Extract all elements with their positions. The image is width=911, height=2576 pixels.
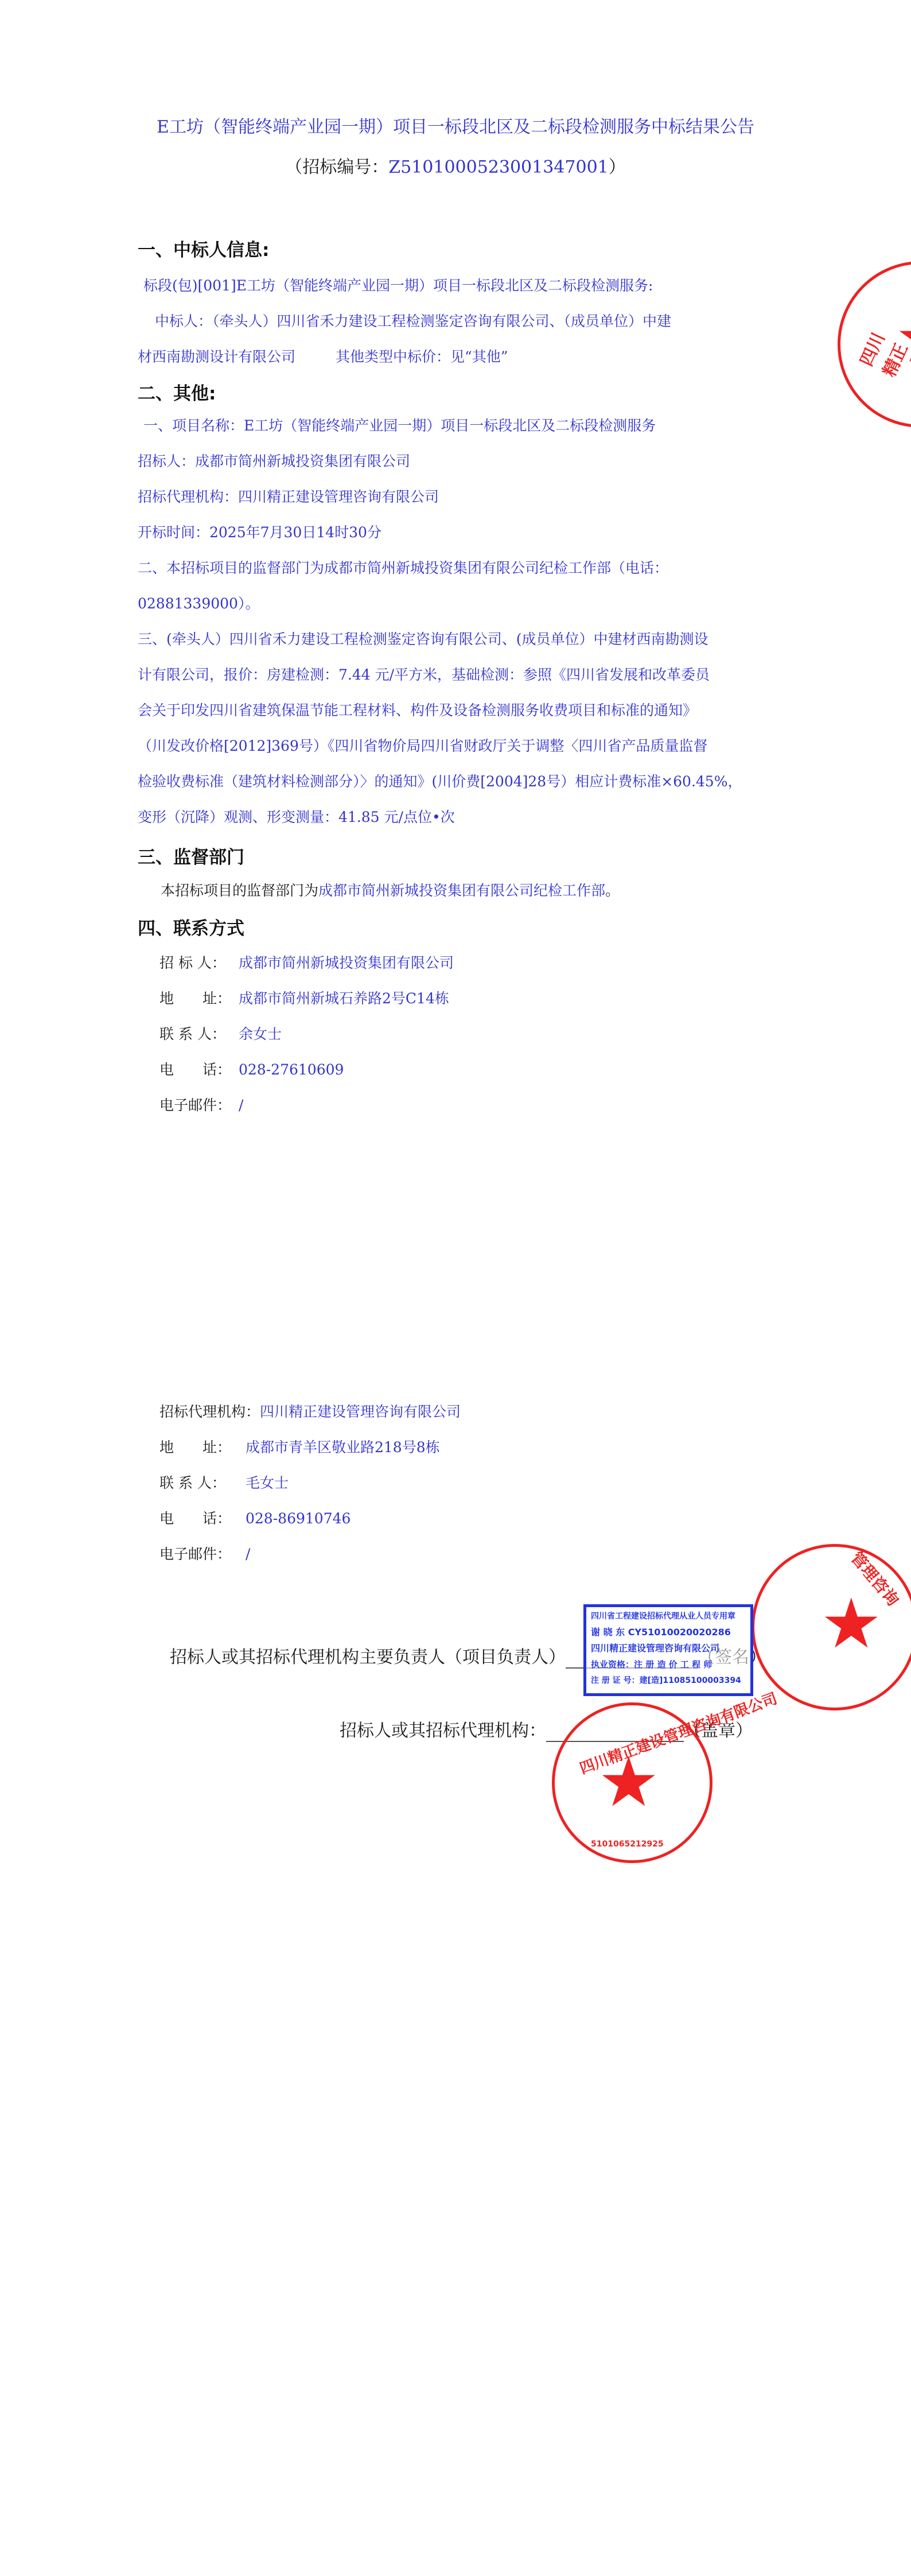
contact-label: 电子邮件： [159,1094,239,1115]
winner-line-1: 中标人：（牵头人）四川省禾力建设工程检测鉴定咨询有限公司、（成员单位）中建 [155,310,671,331]
price-line: 三、(牵头人）四川省禾力建设工程检测鉴定咨询有限公司、(成员单位）中建材西南勘测… [138,628,708,649]
tender-number-close: ） [609,157,626,177]
seal-line: 注 册 证 号：建[造]11085100003394 [591,1673,746,1689]
seal-line: 四川省工程建设招标代理从业人员专用章 [591,1608,746,1624]
tender-number-code: Z5101000523001347001 [388,157,609,177]
contact-label: 招标代理机构： [159,1403,260,1420]
price-line: 计有限公司，报价：房建检测：7.44 元/平方米，基础检测：参照《四川省发展和改… [138,664,710,684]
contact-value: / [239,1097,243,1114]
contact-label: 电子邮件： [159,1543,246,1564]
section-other-heading: 二、其他: [138,379,216,405]
seal-line: 四川精正建设管理咨询有限公司 [591,1640,746,1656]
contact-value: 成都市简州新城投资集团有限公司 [239,955,454,971]
bid-opening-time: 开标时间：2025年7月30日14时30分 [138,521,381,542]
supervision-text: 本招标项目的监督部门为成都市简州新城投资集团有限公司纪检工作部。 [161,879,620,900]
contact-label: 地 址： [159,987,239,1008]
contact-row: 招 标 人：成都市简州新城投资集团有限公司 [159,952,454,972]
section-supervision-heading: 三、监督部门 [138,843,244,868]
contact-value: 028-86910746 [246,1510,351,1527]
supervision-line-1: 二、本招标项目的监督部门为成都市简州新城投资集团有限公司纪检工作部（电话： [138,557,668,577]
contact-row: 联 系 人：余女士 [159,1023,282,1043]
section-winner-heading: 一、中标人信息: [138,235,269,261]
contact-row: 地 址：成都市简州新城石养路2号C14栋 [159,987,449,1008]
supervision-text-suffix: 。 [605,882,620,899]
section-contact-heading: 四、联系方式 [138,914,244,940]
contact-value: 028-27610609 [239,1061,344,1078]
agency-contact-row: 电子邮件：/ [159,1543,250,1564]
contact-label: 电 话： [159,1507,246,1528]
agency-contact-row: 电 话：028-86910746 [159,1507,351,1528]
contact-label: 联 系 人： [159,1472,246,1492]
price-line: 变形（沉降）观测、形变测量：41.85 元/点位•次 [138,806,455,827]
star-icon: ★ [820,1590,882,1659]
contact-value: 余女士 [239,1026,282,1042]
contact-label: 地 址： [159,1436,246,1457]
contact-label: 电 话： [159,1058,239,1079]
agency-contact-row: 地 址：成都市青羊区敬业路218号8栋 [159,1436,440,1457]
seal-label: 招标人或其招标代理机构： [340,1721,546,1741]
project-name: 一、项目名称：E工坊（智能终端产业园一期）项目一标段北区及二标段检测服务 [143,414,656,435]
contact-label: 招 标 人： [159,952,239,972]
contact-value: 成都市简州新城石养路2号C14栋 [239,990,449,1007]
winner-member-name: 材西南勘测设计有限公司 [138,348,295,365]
signature-label: 招标人或其招标代理机构主要负责人（项目负责人） [170,1647,566,1667]
lot-line: 标段(包)[001]E工坊（智能终端产业园一期）项目一标段北区及二标段检测服务: [143,274,653,295]
agency-contact-row: 招标代理机构：四川精正建设管理咨询有限公司 [159,1400,461,1421]
tender-number-label: （招标编号： [285,157,388,177]
contact-row: 电子邮件：/ [159,1094,243,1115]
contact-label: 联 系 人： [159,1023,239,1043]
contact-value: 四川精正建设管理咨询有限公司 [260,1403,461,1420]
contact-value: 成都市青羊区敬业路218号8栋 [246,1439,440,1456]
announcement-title: E工坊（智能终端产业园一期）项目一标段北区及二标段检测服务中标结果公告 [0,112,911,138]
tenderer-line: 招标人：成都市简州新城投资集团有限公司 [138,450,410,471]
seal-line: 执业资格：注 册 造 价 工 程 师 [591,1656,746,1673]
price-line: 检验收费标准（建筑材料检测部分）〉的通知》(川价费[2004]28号）相应计费标… [138,770,742,791]
price-line: （川发改价格[2012]369号）《四川省物价局四川省财政厅关于调整〈四川省产品… [138,735,707,755]
supervision-text-prefix: 本招标项目的监督部门为 [161,882,318,899]
winner-price: 其他类型中标价：见“其他” [336,348,508,365]
supervision-line-2: 02881339000）。 [138,592,259,613]
tender-number: （招标编号：Z5101000523001347001） [0,153,911,178]
contact-value: / [246,1546,250,1562]
winner-line-2: 材西南勘测设计有限公司其他类型中标价：见“其他” [138,346,508,366]
star-icon: ★ [895,304,911,373]
agency-line: 招标代理机构：四川精正建设管理咨询有限公司 [138,486,439,506]
company-seal-number: 5101065212925 [591,1840,664,1849]
seal-line: 谢 晓 东 CY5101002002028​6 [591,1624,746,1640]
price-line: 会关于印发四川省建筑保温节能工程材料、构件及设备检测服务收费项目和标准的通知》 [138,699,697,720]
contact-value: 毛女士 [246,1475,289,1491]
announcement-page: E工坊（智能终端产业园一期）项目一标段北区及二标段检测服务中标结果公告 （招标编… [0,0,911,2576]
agency-contact-row: 联 系 人：毛女士 [159,1472,289,1492]
personal-registration-seal: 四川省工程建设招标代理从业人员专用章 谢 晓 东 CY5101002002028… [583,1604,753,1696]
supervision-org: 成都市简州新城投资集团有限公司纪检工作部 [318,882,605,899]
contact-row: 电 话：028-27610609 [159,1058,344,1079]
